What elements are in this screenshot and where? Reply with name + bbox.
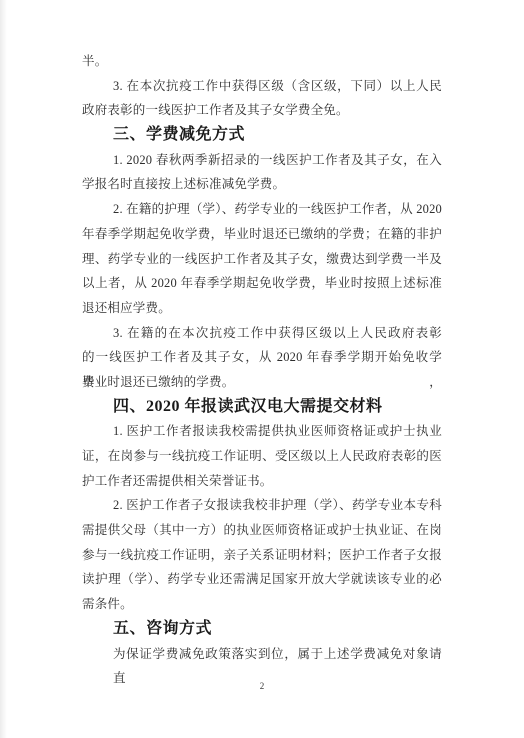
text-line: 需提供父母（其中一方）的执业医师资格证或护士执业证、在岗 bbox=[82, 518, 442, 543]
text-line: 理、药学专业的一线医护工作者及其子女，缴费达到学费一半及 bbox=[82, 247, 442, 272]
text-line: 证，在岗参与一线抗疫工作证明、受区级以上人民政府表彰的医 bbox=[82, 444, 442, 469]
text-line: 参与一线抗疫工作证明，亲子关系证明材料；医护工作者子女报 bbox=[82, 543, 442, 568]
text-line: 政府表彰的一线医护工作者及其子女学费全免。 bbox=[82, 98, 442, 123]
section-heading: 四、2020 年报读武汉电大需提交材料 bbox=[82, 395, 442, 420]
document-text: 半。3. 在本次抗疫工作中获得区级（含区级，下同）以上人民政府表彰的一线医护工作… bbox=[82, 49, 442, 666]
text-line: 2. 在籍的护理（学）、药学专业的一线医护工作者，从 2020 bbox=[82, 197, 442, 222]
text-line: 的一线医护工作者及其子女，从 2020 年春季学期开始免收学费， bbox=[82, 345, 442, 370]
text-line: 读护理（学）、药学专业还需满足国家开放大学就读该专业的必 bbox=[82, 567, 442, 592]
text-line: 学报名时直接按上述标准减免学费。 bbox=[82, 172, 442, 197]
text-line: 3. 在籍的在本次抗疫工作中获得区级以上人民政府表彰 bbox=[82, 321, 442, 346]
text-line: 以上者，从 2020 年春季学期起免收学费，毕业时按照上述标准 bbox=[82, 271, 442, 296]
text-line: 2. 医护工作者子女报读我校非护理（学）、药学专业本专科 bbox=[82, 493, 442, 518]
text-line: 年春季学期起免收学费，毕业时退还已缴纳的学费；在籍的非护 bbox=[82, 222, 442, 247]
section-heading: 三、学费减免方式 bbox=[82, 123, 442, 148]
text-line: 为保证学费减免政策落实到位，属于上述学费减免对象请直 bbox=[82, 642, 442, 667]
text-line: 退还相应学费。 bbox=[82, 296, 442, 321]
text-line: 1. 2020 春秋两季新招录的一线医护工作者及其子女，在入 bbox=[82, 148, 442, 173]
text-line: 护工作者还需提供相关荣誉证书。 bbox=[82, 469, 442, 494]
text-line: 1. 医护工作者报读我校需提供执业医师资格证或护士执业 bbox=[82, 419, 442, 444]
text-line: 3. 在本次抗疫工作中获得区级（含区级，下同）以上人民 bbox=[82, 74, 442, 99]
page-number: 2 bbox=[0, 681, 524, 691]
section-heading: 五、咨询方式 bbox=[82, 617, 442, 642]
text-line: 需条件。 bbox=[82, 592, 442, 617]
text-line: 半。 bbox=[82, 49, 442, 74]
document-page: 半。3. 在本次抗疫工作中获得区级（含区级，下同）以上人民政府表彰的一线医护工作… bbox=[0, 0, 524, 738]
